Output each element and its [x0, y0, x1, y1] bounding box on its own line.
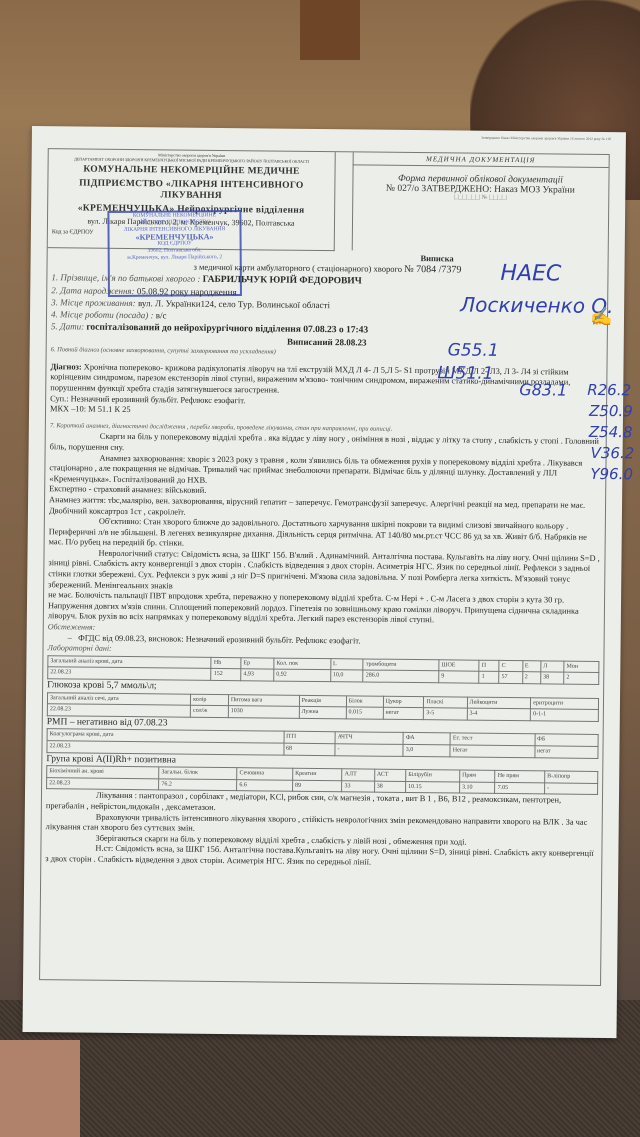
- table-header-cell: Ер: [241, 658, 274, 670]
- table-value-cell: 152: [211, 669, 241, 681]
- table-value-cell: 7.05: [495, 782, 545, 794]
- handwritten-note: НАЕС: [500, 261, 561, 287]
- handwritten-code: G55.1: [448, 340, 499, 361]
- field-label: 4. Місце роботи (посада) :: [51, 309, 154, 320]
- table-value-cell: 3.10: [459, 782, 495, 794]
- table-header-cell: С: [499, 660, 522, 672]
- field-value: 05.08.92 року народження: [137, 286, 237, 297]
- table-value-cell: -: [544, 783, 597, 795]
- table-value-cell: 89: [292, 780, 342, 792]
- table-header-cell: Загальн. білок: [159, 767, 237, 779]
- table-value-cell: 38: [541, 672, 564, 684]
- header-form-info: Затверджено Наказ Міністерства охорони з…: [352, 152, 609, 253]
- document-body: Виписка з медичної карти амбулаторного (…: [45, 249, 603, 870]
- table-header-cell: АЧТЧ: [335, 732, 403, 744]
- handwritten-code: R26.2: [587, 381, 631, 399]
- table-header-cell: Біохімічний ан. крові: [47, 766, 159, 779]
- table-value-cell: 4,93: [241, 669, 274, 681]
- handwritten-code: Ш51.1: [437, 363, 493, 384]
- table-date-cell: 22.08.23: [47, 777, 159, 790]
- table-value-cell: 38: [374, 781, 406, 793]
- table-value-cell: 10,0: [330, 670, 363, 682]
- medical-document: Міністерство охорони здоров'я України ДЕ…: [23, 126, 626, 1038]
- handwritten-code: Z54.8: [589, 423, 633, 441]
- table-value-cell: 68: [283, 743, 335, 755]
- table-header-cell: Креатин: [293, 768, 343, 780]
- field-value: вул. Л. Українки124, село Тур. Волинсько…: [138, 298, 330, 310]
- table-value-cell: 3-4: [467, 708, 531, 720]
- field-label: 5. Дати:: [51, 321, 84, 331]
- table-value-cell: негат: [534, 746, 598, 758]
- table-value-cell: 0-1-1: [531, 709, 599, 721]
- table-header-cell: Л: [541, 661, 564, 673]
- table-header-cell: АСТ: [374, 769, 406, 781]
- table-header-cell: L: [330, 658, 363, 670]
- table-value-cell: 1: [479, 672, 499, 684]
- table-header-cell: Кол. пок: [274, 658, 331, 670]
- table-header-cell: Загальний аналіз сечі, дата: [47, 692, 190, 705]
- table-header-cell: Не прям: [495, 771, 545, 783]
- approval-note: Затверджено Наказ Міністерства охорони з…: [481, 136, 611, 141]
- medical-doc-label: МЕДИЧНА ДОКУМЕНТАЦІЯ: [353, 152, 609, 168]
- table-value-cell: 2: [522, 672, 540, 684]
- table-value-cell: -: [335, 744, 403, 756]
- table-header-cell: Мон: [564, 661, 599, 673]
- field-label: 3. Місце проживання:: [51, 297, 136, 308]
- table-value-cell: 2: [564, 673, 599, 685]
- table-header-cell: Ет. тест: [450, 733, 534, 745]
- neuro-status: Неврологічний статус: Свідомість ясна, з…: [48, 548, 600, 596]
- table-header-cell: Прям: [460, 770, 496, 782]
- field-value: в/с: [156, 310, 167, 320]
- table-value-cell: 10.15: [406, 781, 460, 793]
- background-furniture: [300, 0, 360, 60]
- table-value-cell: Негат: [450, 745, 534, 757]
- fgds-text: ФГДС від 09.08.23, висновок: Незначний е…: [78, 633, 360, 645]
- background-hand: [0, 1040, 80, 1137]
- table-date-cell: 22.08.23: [48, 667, 212, 680]
- table-header-cell: ФБ: [535, 734, 599, 746]
- header-divider: [334, 152, 354, 250]
- table-value-cell: сол/ж: [190, 705, 228, 717]
- table-value-cell: 286.0: [363, 670, 439, 682]
- handwritten-code: V36.2: [591, 444, 635, 462]
- table-value-cell: 1030: [228, 706, 299, 718]
- field-label: 2. Дата народження:: [51, 285, 134, 296]
- table-header-cell: Питома вага: [228, 694, 299, 706]
- table-value-cell: 6.6: [237, 779, 293, 791]
- table-header-cell: Лейкоцити: [467, 697, 531, 709]
- table-header-cell: ПТІ: [284, 732, 336, 744]
- table-header-cell: П: [479, 660, 499, 672]
- handwritten-code: Y96.0: [590, 465, 633, 483]
- table-header-cell: Hb: [211, 657, 241, 669]
- table-value-cell: 57: [499, 672, 522, 684]
- table-value-cell: Лужна: [299, 707, 346, 719]
- table-value-cell: 33: [342, 781, 374, 793]
- table-header-cell: Білірубін: [406, 770, 460, 782]
- table-value-cell: 0.015: [346, 707, 383, 719]
- org-name-1: КОМУНАЛЬНЕ НЕКОМЕРЦІЙНЕ МЕДИЧНЕ: [48, 164, 334, 178]
- table-header-cell: Е: [522, 660, 540, 672]
- table-header-cell: Пласкі: [424, 696, 467, 708]
- table-value-cell: 3,0: [403, 744, 450, 756]
- table-value-cell: 9: [439, 671, 479, 683]
- table-value-cell: негат: [383, 707, 424, 719]
- field-value: ГАБРИЛЬЧУК ЮРІЙ ФЕДОРОВИЧ: [203, 275, 362, 287]
- neuro-status-cont: не має. Болючість пальпації ПВТ впродовж…: [48, 590, 600, 628]
- discharge-neuro-status: Н.ст: Свідомість ясна, за ШКГ 15б. Антал…: [45, 843, 597, 870]
- table-value-cell: 3-5: [424, 708, 467, 720]
- handwritten-code: G83.1: [519, 380, 567, 400]
- table-header-cell: АЛТ: [342, 769, 374, 781]
- table-header-cell: Загальний аналіз крові, дата: [48, 656, 212, 669]
- diagnosis-label: Діагноз:: [50, 362, 81, 371]
- field-value: госпіталізований до нейрохірургічного ві…: [86, 323, 368, 336]
- card-label: з медичної карти амбулаторного ( стаціон…: [194, 261, 403, 273]
- table-header-cell: ФА: [403, 733, 450, 745]
- table-header-cell: Цукор: [383, 696, 424, 708]
- org-name-2: ПІДПРИЄМСТВО «ЛІКАРНЯ ІНТЕНСИВНОГО ЛІКУВ…: [48, 178, 334, 203]
- table-date-cell: 22.08.23: [47, 741, 284, 755]
- table-header-cell: ШОЕ: [439, 660, 479, 672]
- table-header-cell: тромбоцити: [363, 659, 439, 671]
- field-label: 1. Прізвище, ім'я по батькові хворого :: [51, 272, 200, 284]
- table-date-cell: 22.08.23: [47, 704, 190, 717]
- table-header-cell: В-лiпопр: [545, 771, 598, 783]
- table-header-cell: Реакція: [299, 695, 346, 707]
- handwritten-code: Z50.9: [589, 402, 633, 420]
- table-header-cell: Сечовина: [237, 768, 293, 780]
- table-header-cell: Білок: [346, 695, 383, 707]
- table-header-cell: еритроцити: [531, 697, 599, 709]
- table-value-cell: 0,92: [274, 669, 331, 681]
- card-number: № 7084 /7379: [404, 263, 461, 275]
- table-value-cell: 76.2: [159, 779, 237, 791]
- table-header-cell: колір: [191, 694, 229, 706]
- signature: ✍: [590, 307, 613, 328]
